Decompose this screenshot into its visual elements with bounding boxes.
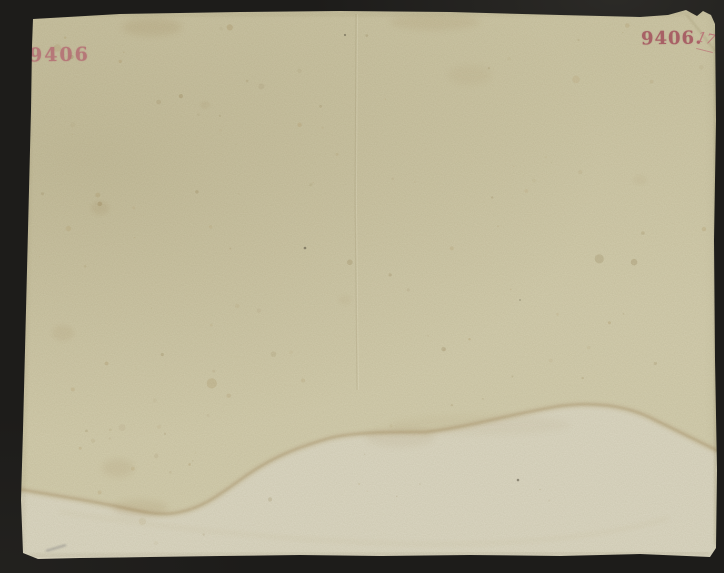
handwritten-suffix: 17 bbox=[696, 29, 717, 48]
inventory-stamp-right-number: 9406. bbox=[641, 27, 703, 49]
paper-texture bbox=[0, 0, 724, 573]
inventory-stamp-left: 9406 bbox=[29, 43, 90, 66]
inventory-stamp-right: 9406. 17 bbox=[641, 28, 721, 60]
scan-photo-background: 9406 9406. 17 bbox=[0, 0, 724, 573]
handwritten-underline-stroke bbox=[696, 48, 713, 53]
document-paper: 9406 9406. 17 bbox=[0, 0, 724, 573]
paper-grain bbox=[18, 8, 718, 562]
